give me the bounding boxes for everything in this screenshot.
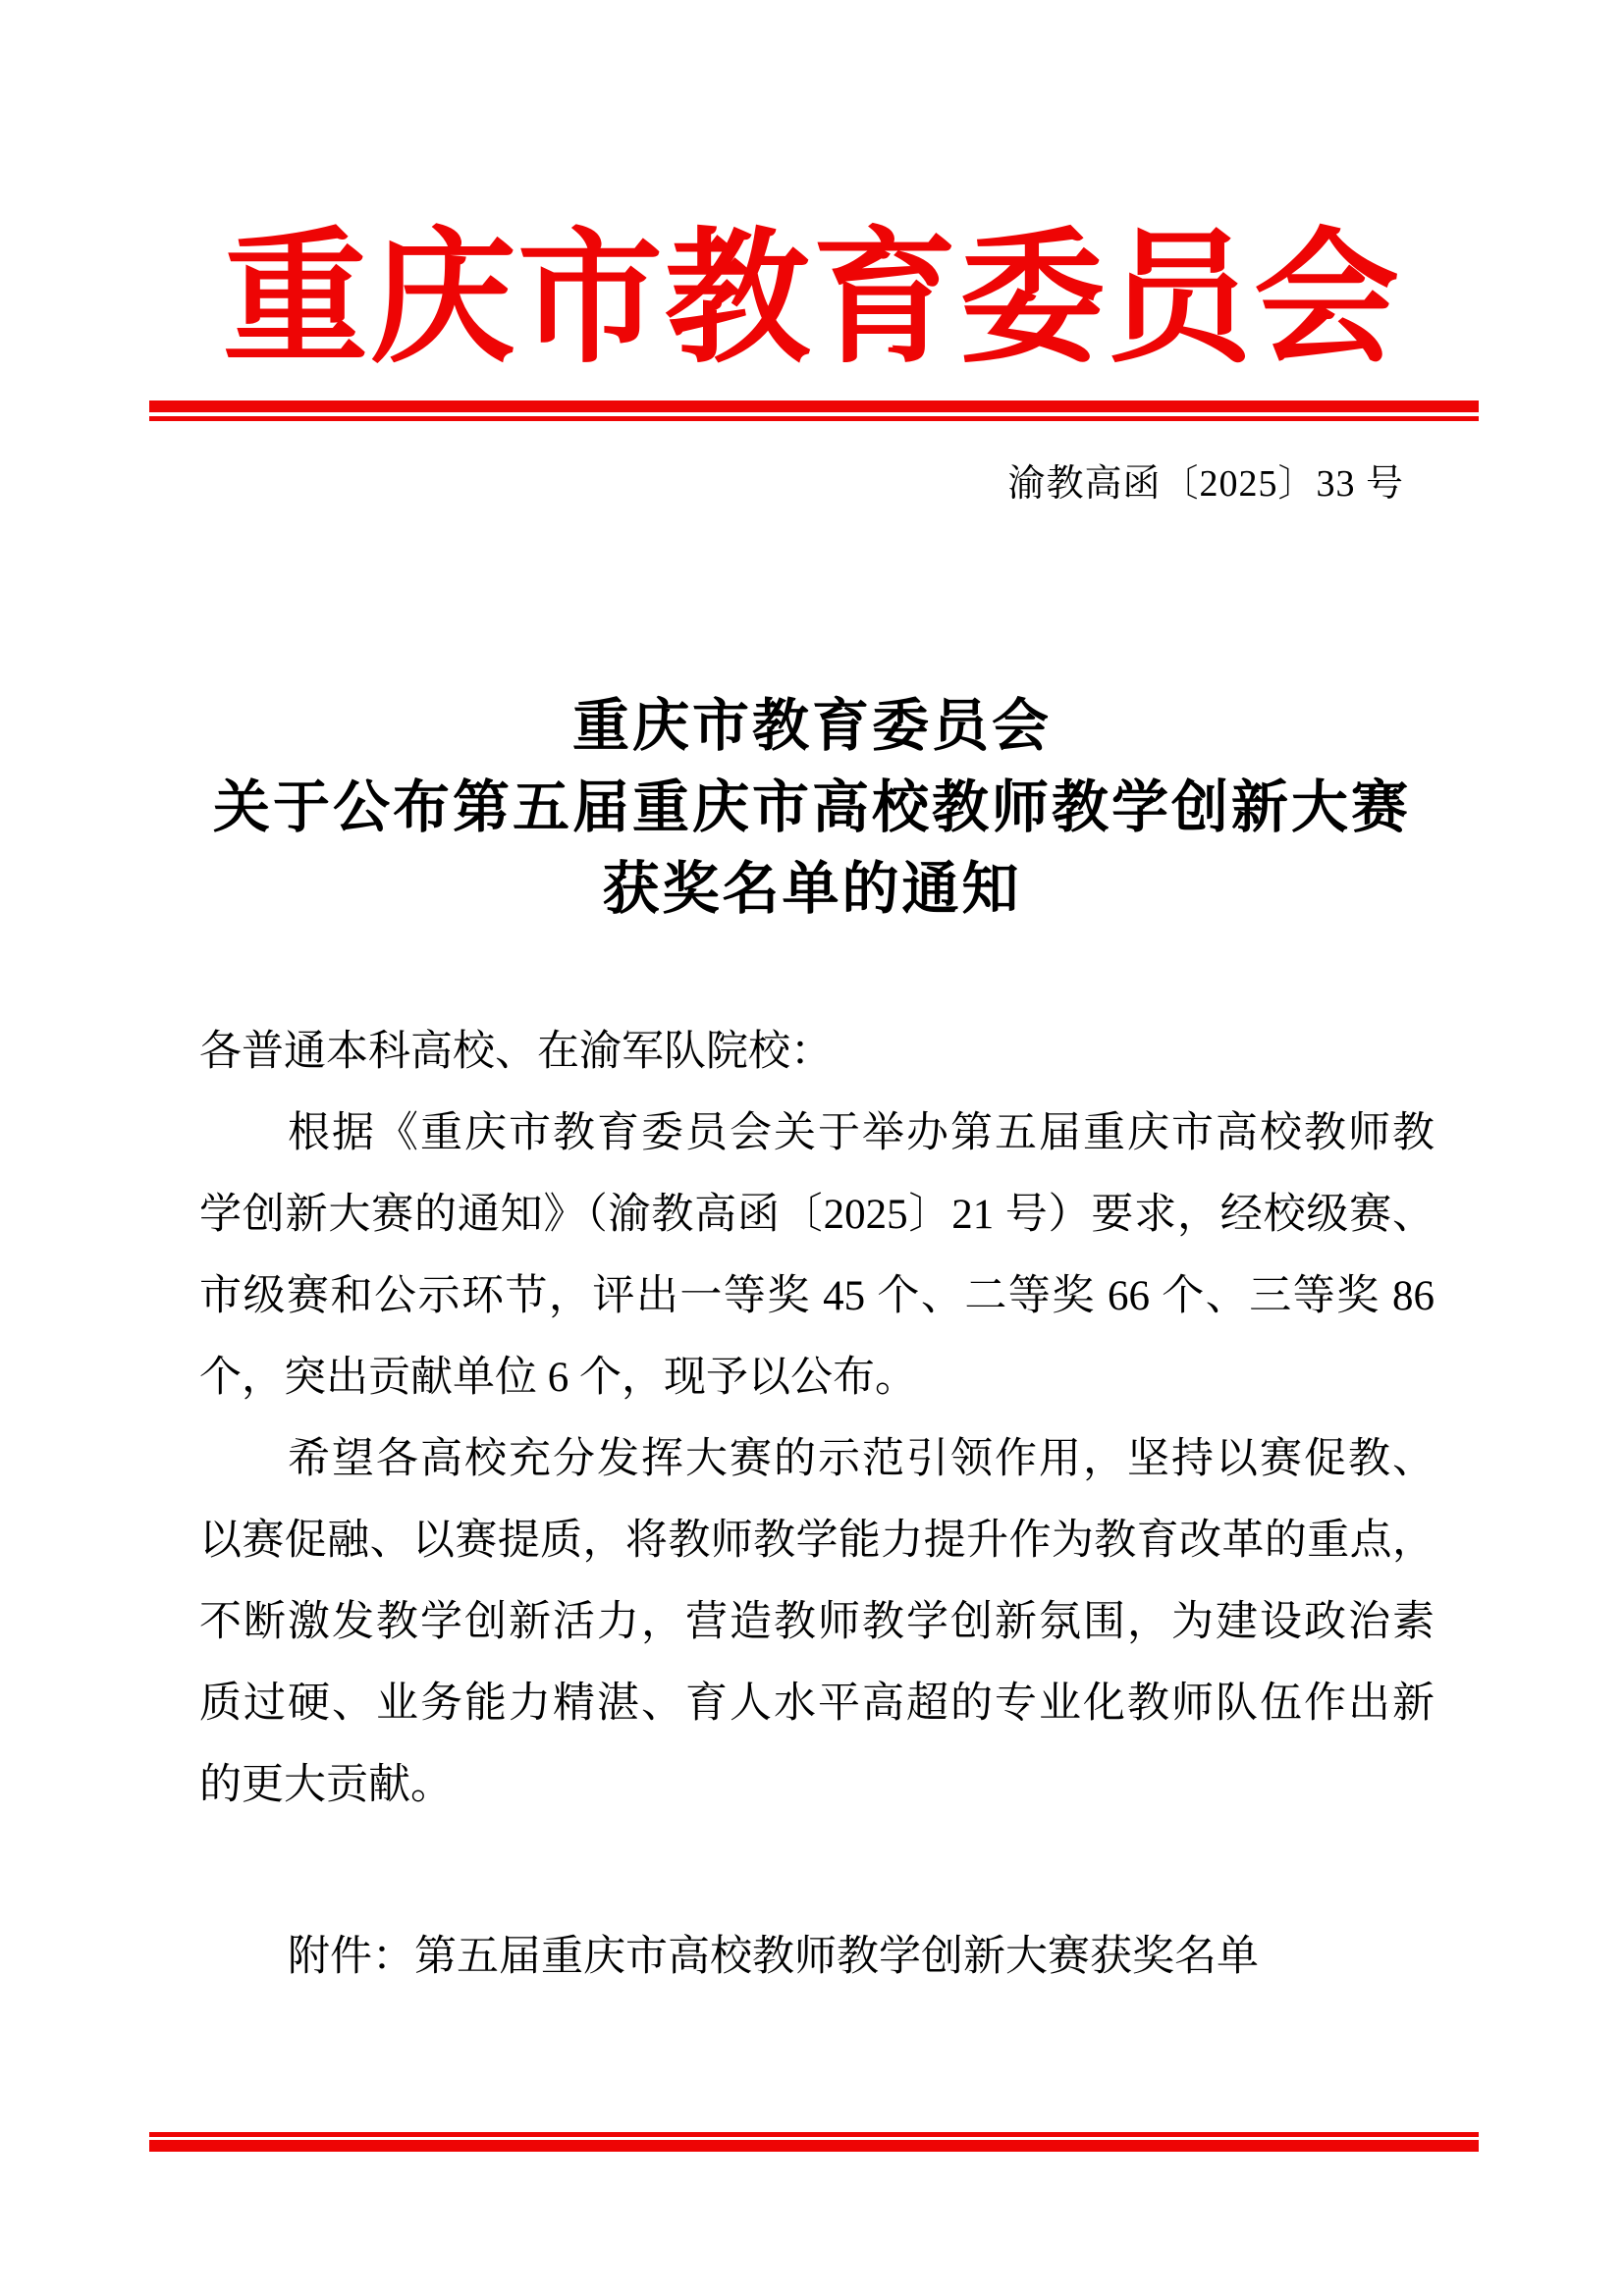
document-title: 重庆市教育委员会 关于公布第五届重庆市高校教师教学创新大赛 获奖名单的通知	[0, 685, 1624, 930]
document-title-line-1: 重庆市教育委员会	[0, 685, 1624, 767]
body-line: 以赛促融、以赛提质，将教师教学能力提升作为教育改革的重点，	[199, 1500, 1435, 1581]
body-line: 个，突出贡献单位 6 个，现予以公布。	[199, 1337, 1435, 1418]
attachment-line: 附件：第五届重庆市高校教师教学创新大赛获奖名单	[199, 1916, 1435, 1998]
body-line: 的更大贡献。	[199, 1744, 1435, 1826]
footer-rule-thin	[149, 2132, 1479, 2137]
letterhead-rule-thin	[149, 416, 1479, 421]
document-title-line-2: 关于公布第五届重庆市高校教师教学创新大赛	[0, 767, 1624, 848]
salutation-line: 各普通本科高校、在渝军队院校：	[199, 1011, 1435, 1093]
body-line: 质过硬、业务能力精湛、育人水平高超的专业化教师队伍作出新	[199, 1663, 1435, 1744]
footer-rule-thick	[149, 2140, 1479, 2152]
document-number: 渝教高函〔2025〕33 号	[0, 459, 1404, 508]
letterhead-rule-thick	[149, 400, 1479, 412]
document-body: 各普通本科高校、在渝军队院校： 根据《重庆市教育委员会关于举办第五届重庆市高校教…	[199, 1011, 1435, 1826]
letterhead-agency-title: 重庆市教育委员会	[0, 218, 1624, 383]
document-page: 重庆市教育委员会 渝教高函〔2025〕33 号 重庆市教育委员会 关于公布第五届…	[0, 0, 1624, 2296]
body-line: 根据《重庆市教育委员会关于举办第五届重庆市高校教师教	[199, 1093, 1435, 1174]
body-line: 不断激发教学创新活力，营造教师教学创新氛围，为建设政治素	[199, 1581, 1435, 1663]
document-title-line-3: 获奖名单的通知	[0, 848, 1624, 930]
body-line: 希望各高校充分发挥大赛的示范引领作用，坚持以赛促教、	[199, 1418, 1435, 1500]
body-line: 市级赛和公示环节，评出一等奖 45 个、二等奖 66 个、三等奖 86	[199, 1255, 1435, 1337]
body-line: 学创新大赛的通知》（渝教高函〔2025〕21 号）要求，经校级赛、	[199, 1174, 1435, 1255]
